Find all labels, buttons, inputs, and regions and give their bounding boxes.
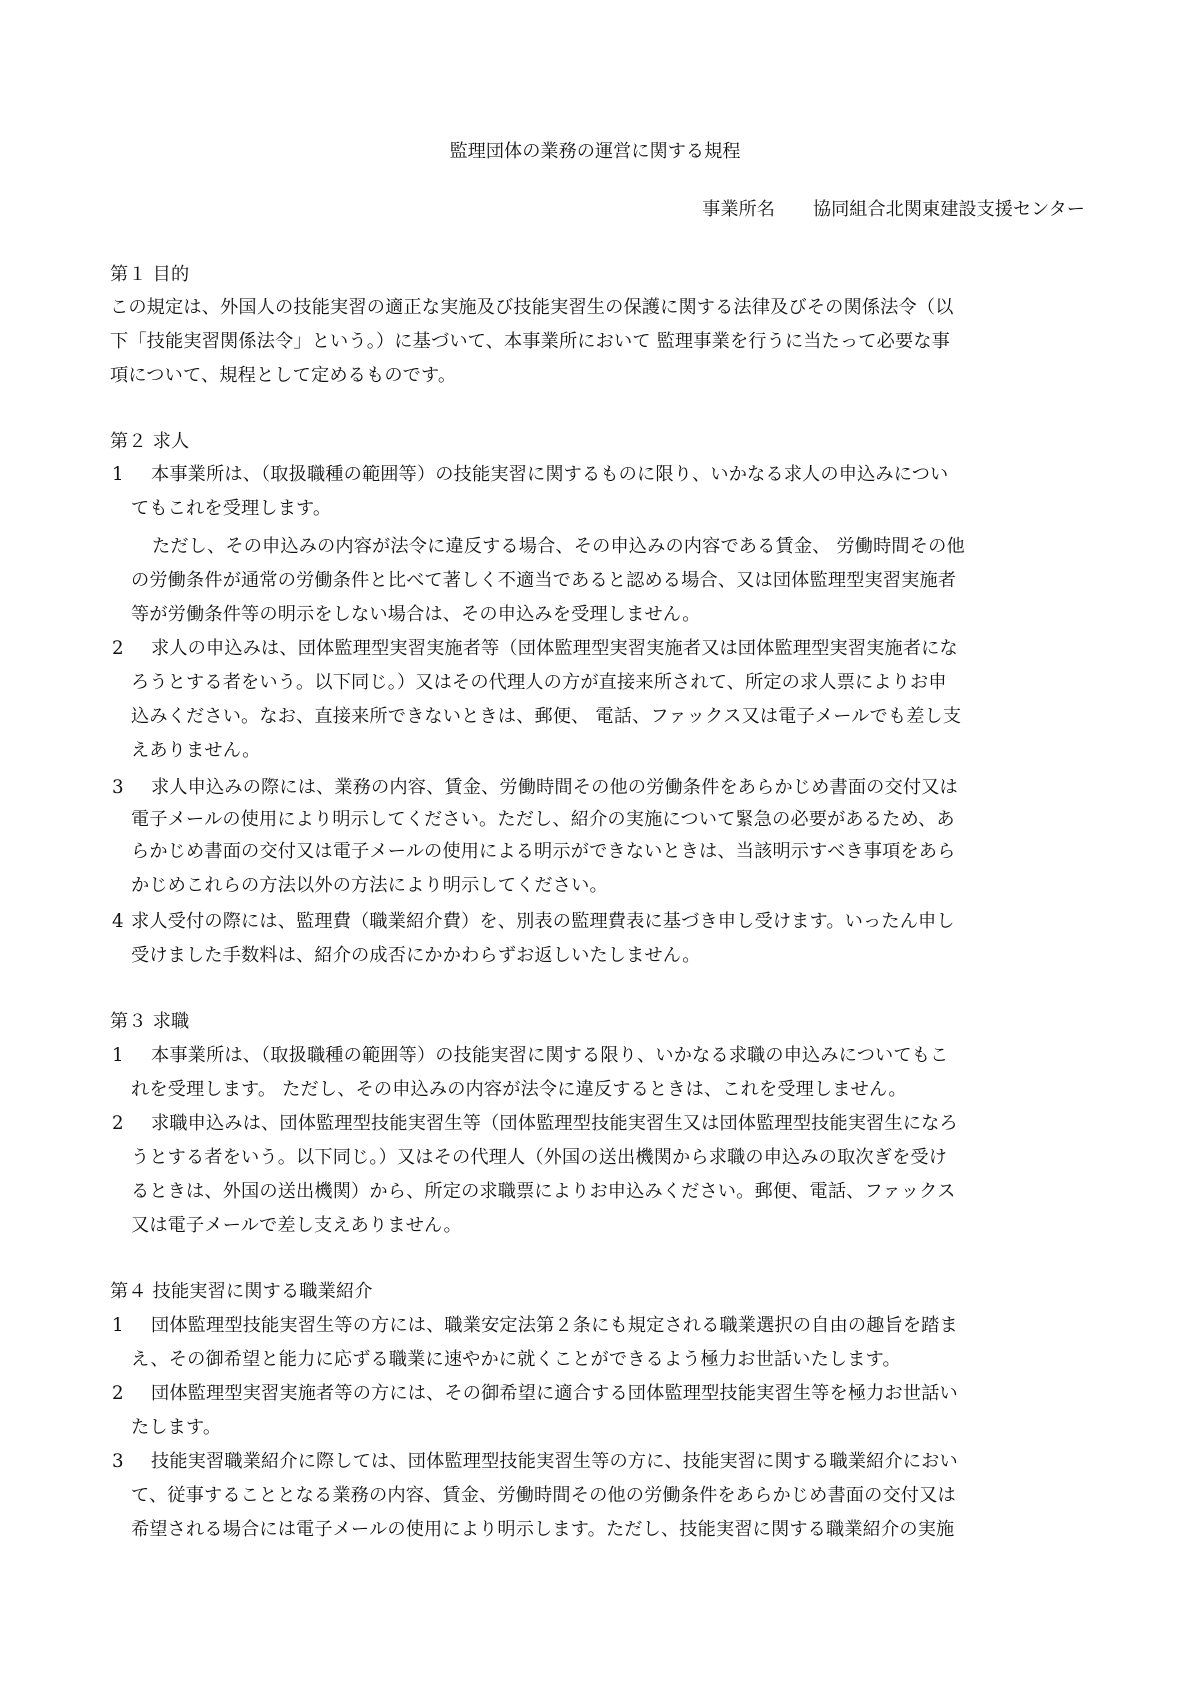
item-number: 2 [112, 1382, 124, 1406]
job-placement-item-1-line: え、その御希望と能力に応ずる職業に速やかに就くことができるよう極力お世話いたしま… [131, 1348, 901, 1372]
job-offer-item-1-line: の労働条件が通常の労働条件と比べて著しく不適当であると認める場合、又は団体監理型… [131, 569, 956, 593]
job-offer-item-3-line: 求人申込みの際には、業務の内容、賃金、労働時間その他の労働条件をあらかじめ書面の… [151, 776, 958, 800]
job-seeking-item-2-line: 求職申込みは、団体監理型技能実習生等（団体監理型技能実習生又は団体監理型技能実習… [151, 1112, 958, 1136]
item-number: 3 [112, 776, 124, 800]
item-number: 1 [112, 1044, 124, 1068]
item-number: 4 [112, 910, 124, 934]
job-placement-item-3-line: 希望される場合には電子メールの使用により明示します。ただし、技能実習に関する職業… [131, 1518, 954, 1542]
office-line: 事業所名協同組合北関東建設支援センター [702, 198, 1085, 222]
office-name: 協同組合北関東建設支援センター [813, 199, 1085, 220]
job-placement-item-1-line: 団体監理型技能実習生等の方には、職業安定法第２条にも規定される職業選択の自由の趣… [151, 1314, 958, 1338]
section-heading-purpose: 第１ 目的 [110, 263, 189, 287]
job-offer-item-3-line: かじめこれらの方法以外の方法により明示してください。 [131, 874, 608, 898]
job-offer-item-2-line: 求人の申込みは、団体監理型実習実施者等（団体監理型実習実施者又は団体監理型実習実… [151, 637, 958, 661]
purpose-line: 下「技能実習関係法令」という。）に基づいて、本事業所において 監理事業を行うに当… [110, 330, 950, 354]
job-seeking-item-2-line: うとする者をいう。以下同じ。）又はその代理人（外国の送出機関から求職の申込みの取… [131, 1146, 947, 1170]
office-label: 事業所名 [702, 199, 775, 220]
job-offer-item-2-line: 込みください。なお、直接来所できないときは、郵便、 電話、ファックス又は電子メー… [131, 705, 961, 729]
job-offer-item-2-line: えありません。 [131, 739, 260, 763]
job-offer-item-4-line: 求人受付の際には、監理費（職業紹介費）を、別表の監理費表に基づき申し受けます。い… [131, 910, 955, 934]
job-offer-item-1-line: てもこれを受理します。 [131, 497, 331, 521]
section-heading-job-seeking: 第３ 求職 [110, 1010, 189, 1034]
item-number: 2 [112, 637, 124, 661]
document-title: 監理団体の業務の運営に関する規程 [0, 140, 1190, 164]
section-heading-job-placement: 第４ 技能実習に関する職業紹介 [110, 1280, 373, 1304]
job-placement-item-3-line: 技能実習職業紹介に際しては、団体監理型技能実習生等の方に、技能実習に関する職業紹… [151, 1450, 958, 1474]
job-seeking-item-2-line: るときは、外国の送出機関）から、所定の求職票によりお申込みください。郵便、電話、… [131, 1180, 956, 1204]
job-offer-item-2-line: ろうとする者をいう。以下同じ。）又はその代理人の方が直接来所されて、所定の求人票… [131, 671, 947, 695]
job-seeking-item-1-line: 本事業所は、（取扱職種の範囲等）の技能実習に関する限り、いかなる求職の申込みにつ… [151, 1044, 948, 1068]
job-offer-item-1-line: 本事業所は、（取扱職種の範囲等）の技能実習に関するものに限り、いかなる求人の申込… [151, 463, 948, 487]
item-number: 2 [112, 1112, 124, 1136]
job-placement-item-3-line: て、従事することとなる業務の内容、賃金、労働時間その他の労働条件をあらかじめ書面… [131, 1484, 956, 1508]
job-offer-item-1-line: 等が労働条件等の明示をしない場合は、その申込みを受理しません。 [131, 603, 701, 627]
item-number: 1 [112, 1314, 124, 1338]
job-offer-item-3-line: らかじめ書面の交付又は電子メールの使用による明示ができないときは、当該明示すべき… [131, 840, 955, 864]
job-seeking-item-2-line: 又は電子メールで差し支えありません。 [131, 1214, 462, 1238]
purpose-line: この規定は、外国人の技能実習の適正な実施及び技能実習生の保護に関する法律及びその… [110, 296, 954, 320]
job-placement-item-2-line: 団体監理型実習実施者等の方には、その御希望に適合する団体監理型技能実習生等を極力… [151, 1382, 958, 1406]
item-number: 3 [112, 1450, 124, 1474]
section-heading-job-offer: 第２ 求人 [110, 430, 189, 454]
purpose-line: 項について、規程として定めるものです。 [110, 364, 456, 388]
job-offer-item-4-line: 受けました手数料は、紹介の成否にかかわらずお返しいたしません。 [131, 944, 701, 968]
job-placement-item-2-line: たします。 [131, 1416, 221, 1440]
document-page: 監理団体の業務の運営に関する規程 事業所名協同組合北関東建設支援センター 第１ … [0, 0, 1190, 1684]
job-offer-item-3-line: 電子メールの使用により明示してください。ただし、紹介の実施について緊急の必要があ… [131, 808, 955, 832]
job-offer-item-1-line: ただし、その申込みの内容が法令に違反する場合、その申込みの内容である賃金、 労働… [152, 535, 965, 559]
job-seeking-item-1-line: れを受理します。 ただし、その申込みの内容が法令に違反するときは、これを受理しま… [131, 1078, 907, 1102]
item-number: 1 [112, 463, 124, 487]
